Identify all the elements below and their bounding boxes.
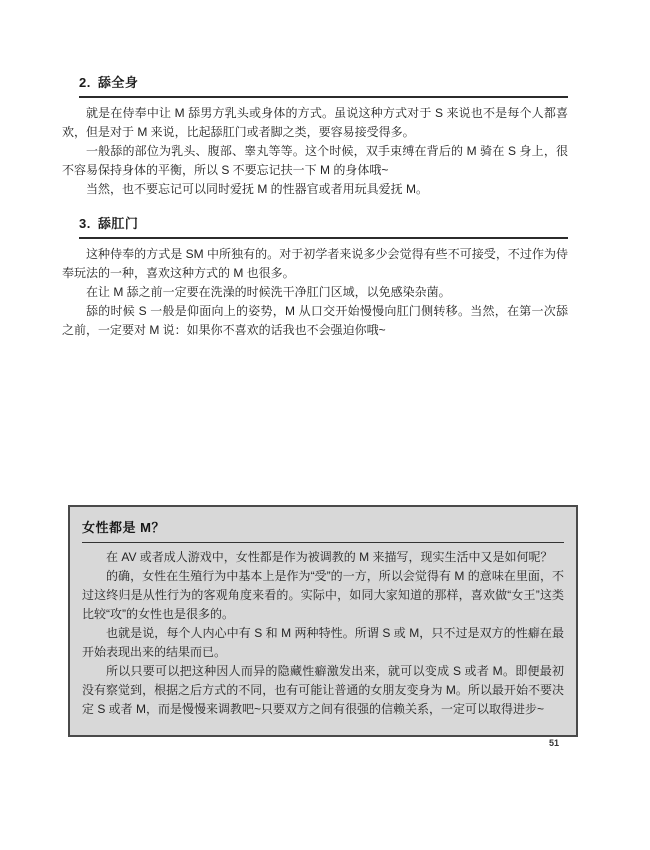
section-3: 3.舔肛门 这种侍奉的方式是 SM 中所独有的。对于初学者来说多少会觉得有些不可… <box>62 213 568 340</box>
section-3-paragraph: 这种侍奉的方式是 SM 中所独有的。对于初学者来说多少会觉得有些不可接受，不过作… <box>62 245 568 283</box>
section-2: 2.舔全身 就是在侍奉中让 M 舔男方乳头或身体的方式。虽说这种方式对于 S 来… <box>62 72 568 199</box>
section-2-paragraph: 当然，也不要忘记可以同时爱抚 M 的性器官或者用玩具爱抚 M。 <box>62 180 568 199</box>
sidebar-box-title: 女性都是 M？ <box>82 517 564 543</box>
section-2-title: 舔全身 <box>98 75 139 90</box>
page-number: 51 <box>549 738 559 748</box>
page-content: 2.舔全身 就是在侍奉中让 M 舔男方乳头或身体的方式。虽说这种方式对于 S 来… <box>62 72 568 340</box>
document-page: 2.舔全身 就是在侍奉中让 M 舔男方乳头或身体的方式。虽说这种方式对于 S 来… <box>0 0 650 850</box>
section-3-title: 舔肛门 <box>98 216 139 231</box>
sidebar-box-paragraph: 也就是说，每个人内心中有 S 和 M 两种特性。所谓 S 或 M，只不过是双方的… <box>82 624 564 662</box>
section-3-paragraph: 舔的时候 S 一般是仰面向上的姿势，M 从口交开始慢慢向肛门侧转移。当然，在第一… <box>62 302 568 340</box>
sidebar-box-paragraph: 所以只要可以把这种因人而异的隐藏性癖激发出来，就可以变成 S 或者 M。即便最初… <box>82 662 564 719</box>
section-2-heading: 2.舔全身 <box>79 72 568 98</box>
sidebar-box: 女性都是 M？ 在 AV 或者成人游戏中，女性都是作为被调教的 M 来描写，现实… <box>68 505 578 737</box>
section-3-paragraph: 在让 M 舔之前一定要在洗澡的时候洗干净肛门区域，以免感染杂菌。 <box>62 283 568 302</box>
section-3-number: 3. <box>79 216 91 231</box>
section-3-heading: 3.舔肛门 <box>79 213 568 239</box>
sidebar-box-paragraph: 的确，女性在生殖行为中基本上是作为“受”的一方，所以会觉得有 M 的意味在里面，… <box>82 567 564 624</box>
section-2-paragraph: 就是在侍奉中让 M 舔男方乳头或身体的方式。虽说这种方式对于 S 来说也不是每个… <box>62 104 568 142</box>
section-2-paragraph: 一般舔的部位为乳头、腹部、睾丸等等。这个时候，双手束缚在背后的 M 骑在 S 身… <box>62 142 568 180</box>
sidebar-box-paragraph: 在 AV 或者成人游戏中，女性都是作为被调教的 M 来描写，现实生活中又是如何呢… <box>82 548 564 567</box>
section-2-number: 2. <box>79 75 91 90</box>
